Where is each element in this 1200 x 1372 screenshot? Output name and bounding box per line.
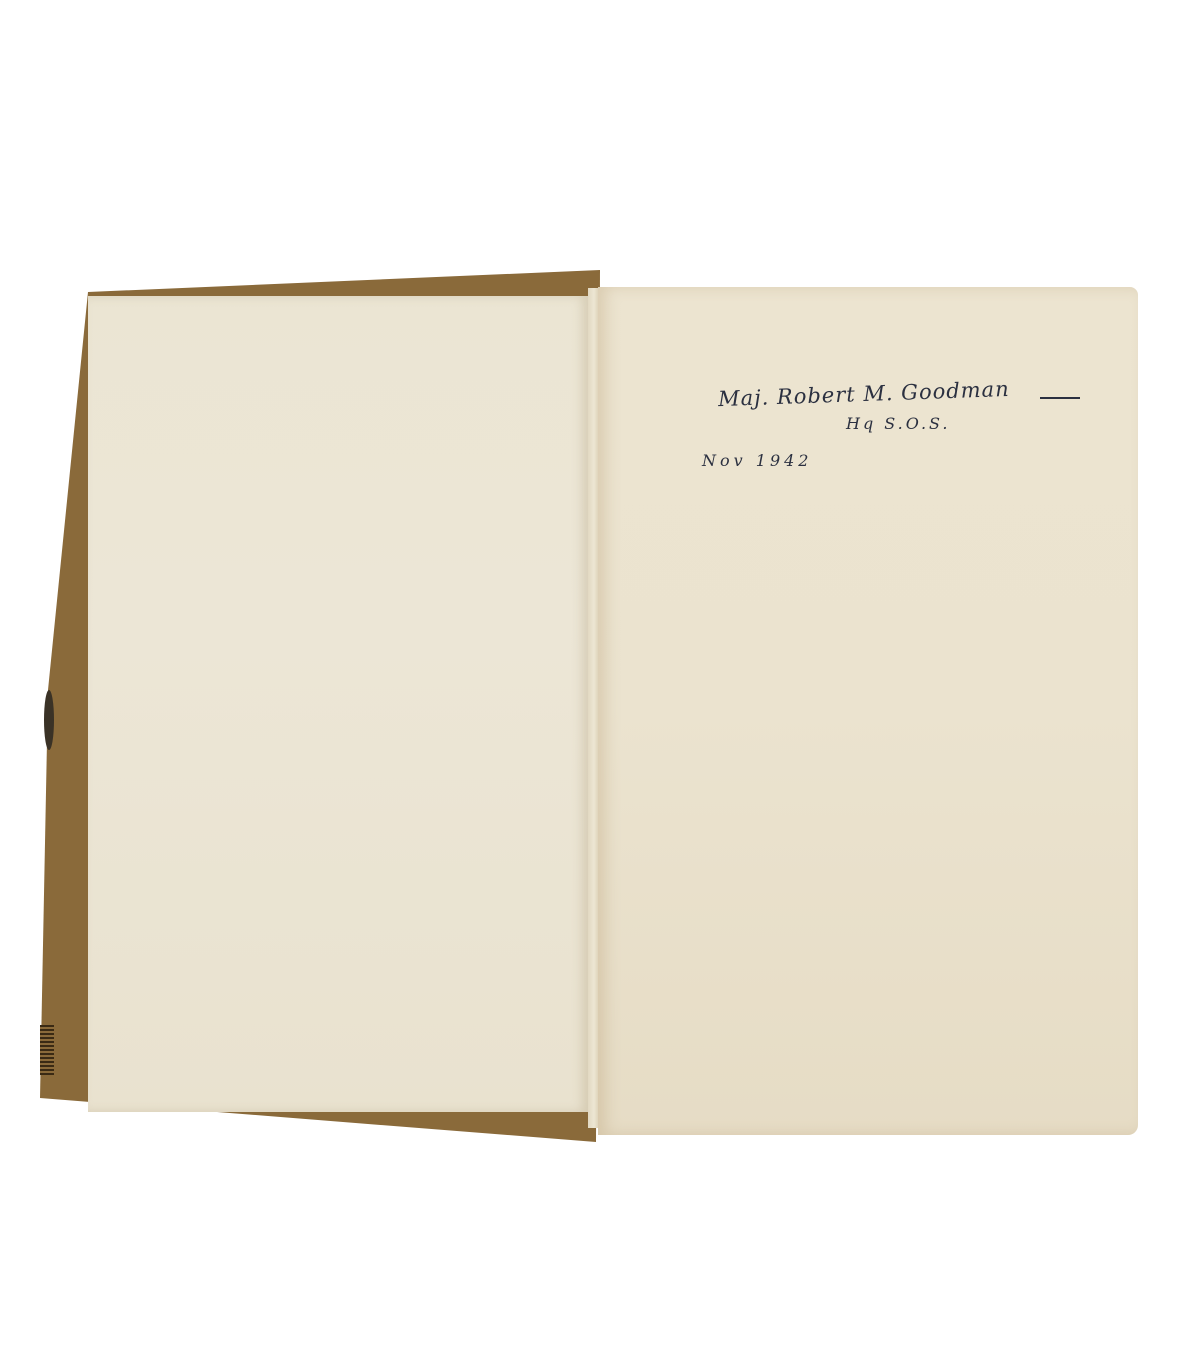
- inscription-unit: Hq S.O.S.: [846, 414, 951, 433]
- open-book-photo: Maj. Robert M. Goodman Hq S.O.S. Nov 194…: [0, 0, 1200, 1372]
- spine-mark: [44, 690, 54, 750]
- front-pastedown-page: [88, 296, 588, 1112]
- inscription-date: Nov 1942: [702, 451, 812, 470]
- spine-stripes: [40, 1025, 54, 1075]
- inscription-flourish: [1040, 397, 1080, 399]
